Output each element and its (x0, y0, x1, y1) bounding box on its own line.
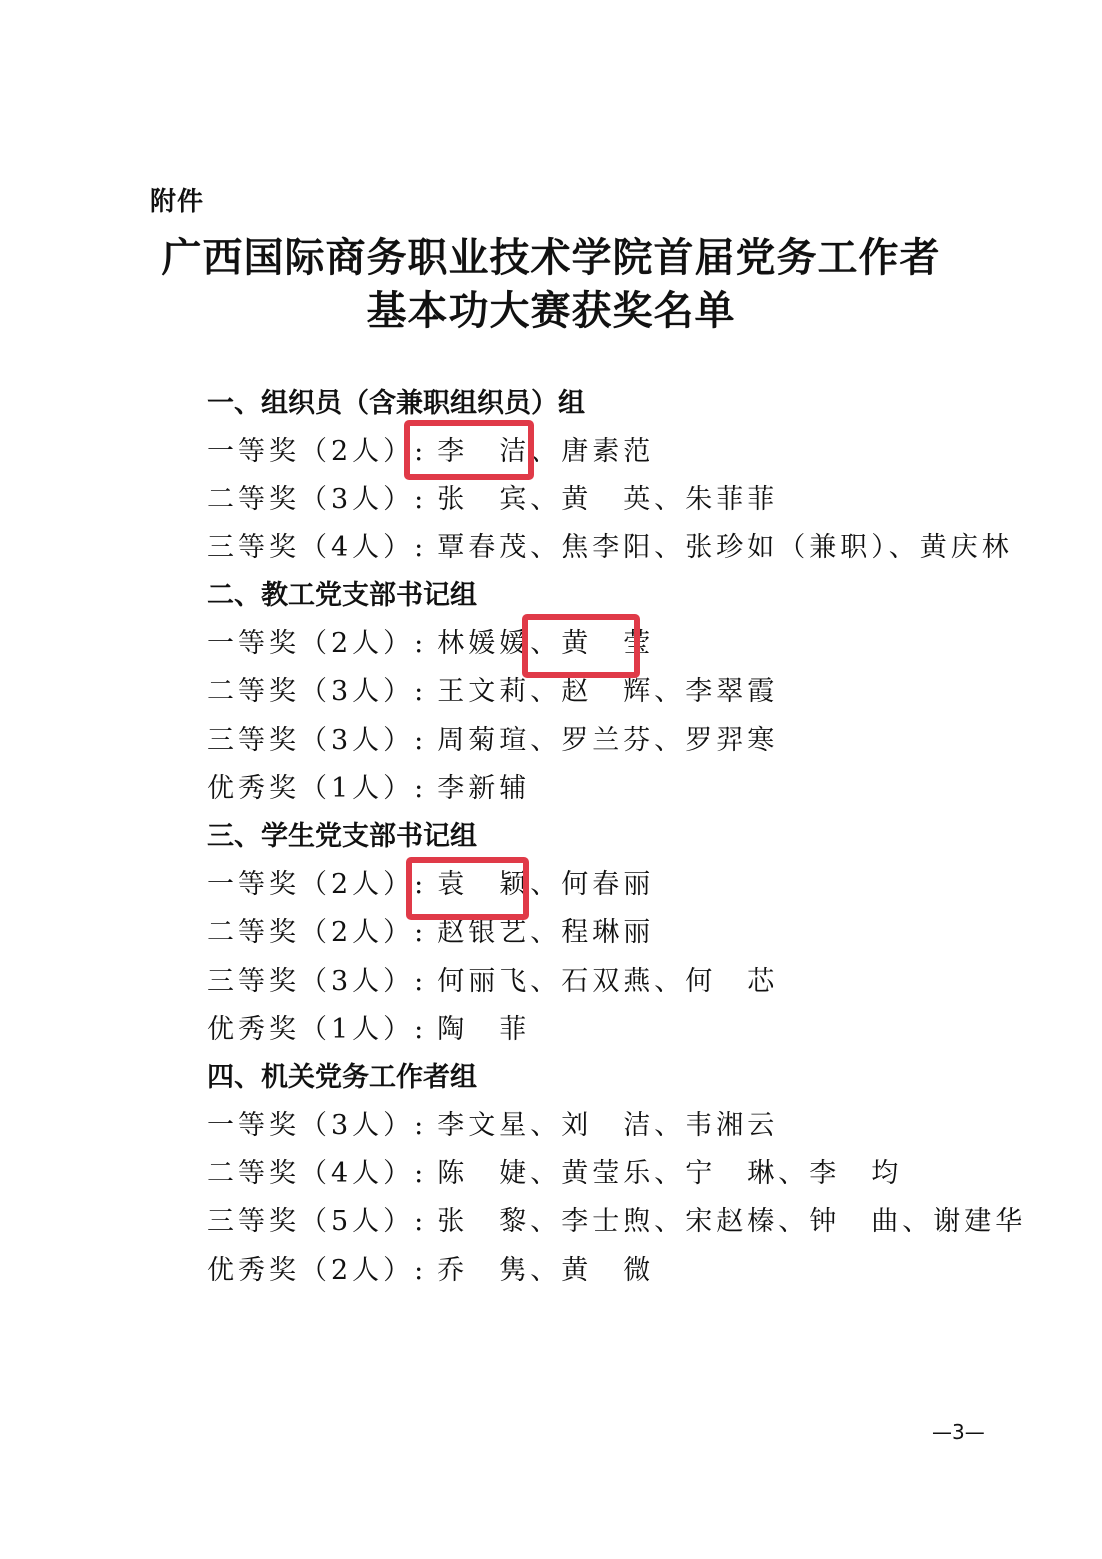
award-names: 何丽飞、石双燕、何 芯 (437, 966, 778, 997)
award-names: 赵银艺、程琳丽 (437, 917, 654, 948)
highlight-box (404, 420, 534, 480)
award-label: 优秀奖（1人）: (207, 1014, 427, 1045)
award-row: 优秀奖（1人）:陶 菲 (207, 1010, 530, 1050)
award-names: 乔 隽、黄 微 (437, 1255, 654, 1286)
award-label: 优秀奖（2人）: (207, 1255, 427, 1286)
award-row: 三等奖（3人）:何丽飞、石双燕、何 芯 (207, 962, 778, 1002)
award-names: 张 黎、李士煦、宋赵榛、钟 曲、谢建华 (437, 1206, 1026, 1237)
award-names: 陈 婕、黄莹乐、宁 琳、李 均 (437, 1158, 902, 1189)
award-names: 周菊瑄、罗兰芬、罗羿寒 (437, 725, 778, 756)
award-names: 张 宾、黄 英、朱菲菲 (437, 484, 778, 515)
award-row: 二等奖（4人）:陈 婕、黄莹乐、宁 琳、李 均 (207, 1154, 902, 1194)
award-row: 二等奖（3人）:王文莉、赵 辉、李翠霞 (207, 672, 778, 712)
award-label: 一等奖（3人）: (207, 1110, 427, 1141)
attachment-label: 附件 (150, 181, 204, 218)
document-title-line-1: 广西国际商务职业技术学院首届党务工作者 (0, 226, 1102, 283)
award-row: 优秀奖（1人）:李新辅 (207, 769, 530, 809)
award-names: 李新辅 (437, 773, 530, 804)
award-label: 三等奖（3人）: (207, 725, 427, 756)
section-heading: 二、教工党支部书记组 (207, 576, 477, 616)
highlight-box (406, 857, 529, 920)
section-heading: 一、组织员（含兼职组织员）组 (207, 384, 585, 424)
award-label: 三等奖（5人）: (207, 1206, 427, 1237)
award-names: 陶 菲 (437, 1014, 530, 1045)
award-names: 王文莉、赵 辉、李翠霞 (437, 676, 778, 707)
award-label: 一等奖（2人）: (207, 436, 427, 467)
highlight-box (522, 614, 640, 678)
award-names: 覃春茂、焦李阳、张珍如（兼职）、黄庆林 (437, 532, 1013, 563)
award-row: 三等奖（4人）:覃春茂、焦李阳、张珍如（兼职）、黄庆林 (207, 528, 1013, 568)
section-heading: 三、学生党支部书记组 (207, 817, 477, 857)
award-label: 三等奖（4人）: (207, 532, 427, 563)
award-row: 三等奖（3人）:周菊瑄、罗兰芬、罗羿寒 (207, 721, 778, 761)
award-label: 三等奖（3人）: (207, 966, 427, 997)
award-names: 李文星、刘 洁、韦湘云 (437, 1110, 778, 1141)
section-heading: 四、机关党务工作者组 (207, 1058, 477, 1098)
award-label: 二等奖（4人）: (207, 1158, 427, 1189)
award-label: 二等奖（2人）: (207, 917, 427, 948)
award-label: 二等奖（3人）: (207, 484, 427, 515)
award-label: 一等奖（2人）: (207, 628, 427, 659)
document-title-line-2: 基本功大赛获奖名单 (0, 279, 1102, 336)
award-row: 一等奖（3人）:李文星、刘 洁、韦湘云 (207, 1106, 778, 1146)
award-label: 二等奖（3人）: (207, 676, 427, 707)
award-row: 二等奖（3人）:张 宾、黄 英、朱菲菲 (207, 480, 778, 520)
award-label: 一等奖（2人）: (207, 869, 427, 900)
award-row: 优秀奖（2人）:乔 隽、黄 微 (207, 1251, 654, 1291)
award-label: 优秀奖（1人）: (207, 773, 427, 804)
award-row: 三等奖（5人）:张 黎、李士煦、宋赵榛、钟 曲、谢建华 (207, 1202, 1026, 1242)
page-number: —3— (932, 1420, 985, 1444)
